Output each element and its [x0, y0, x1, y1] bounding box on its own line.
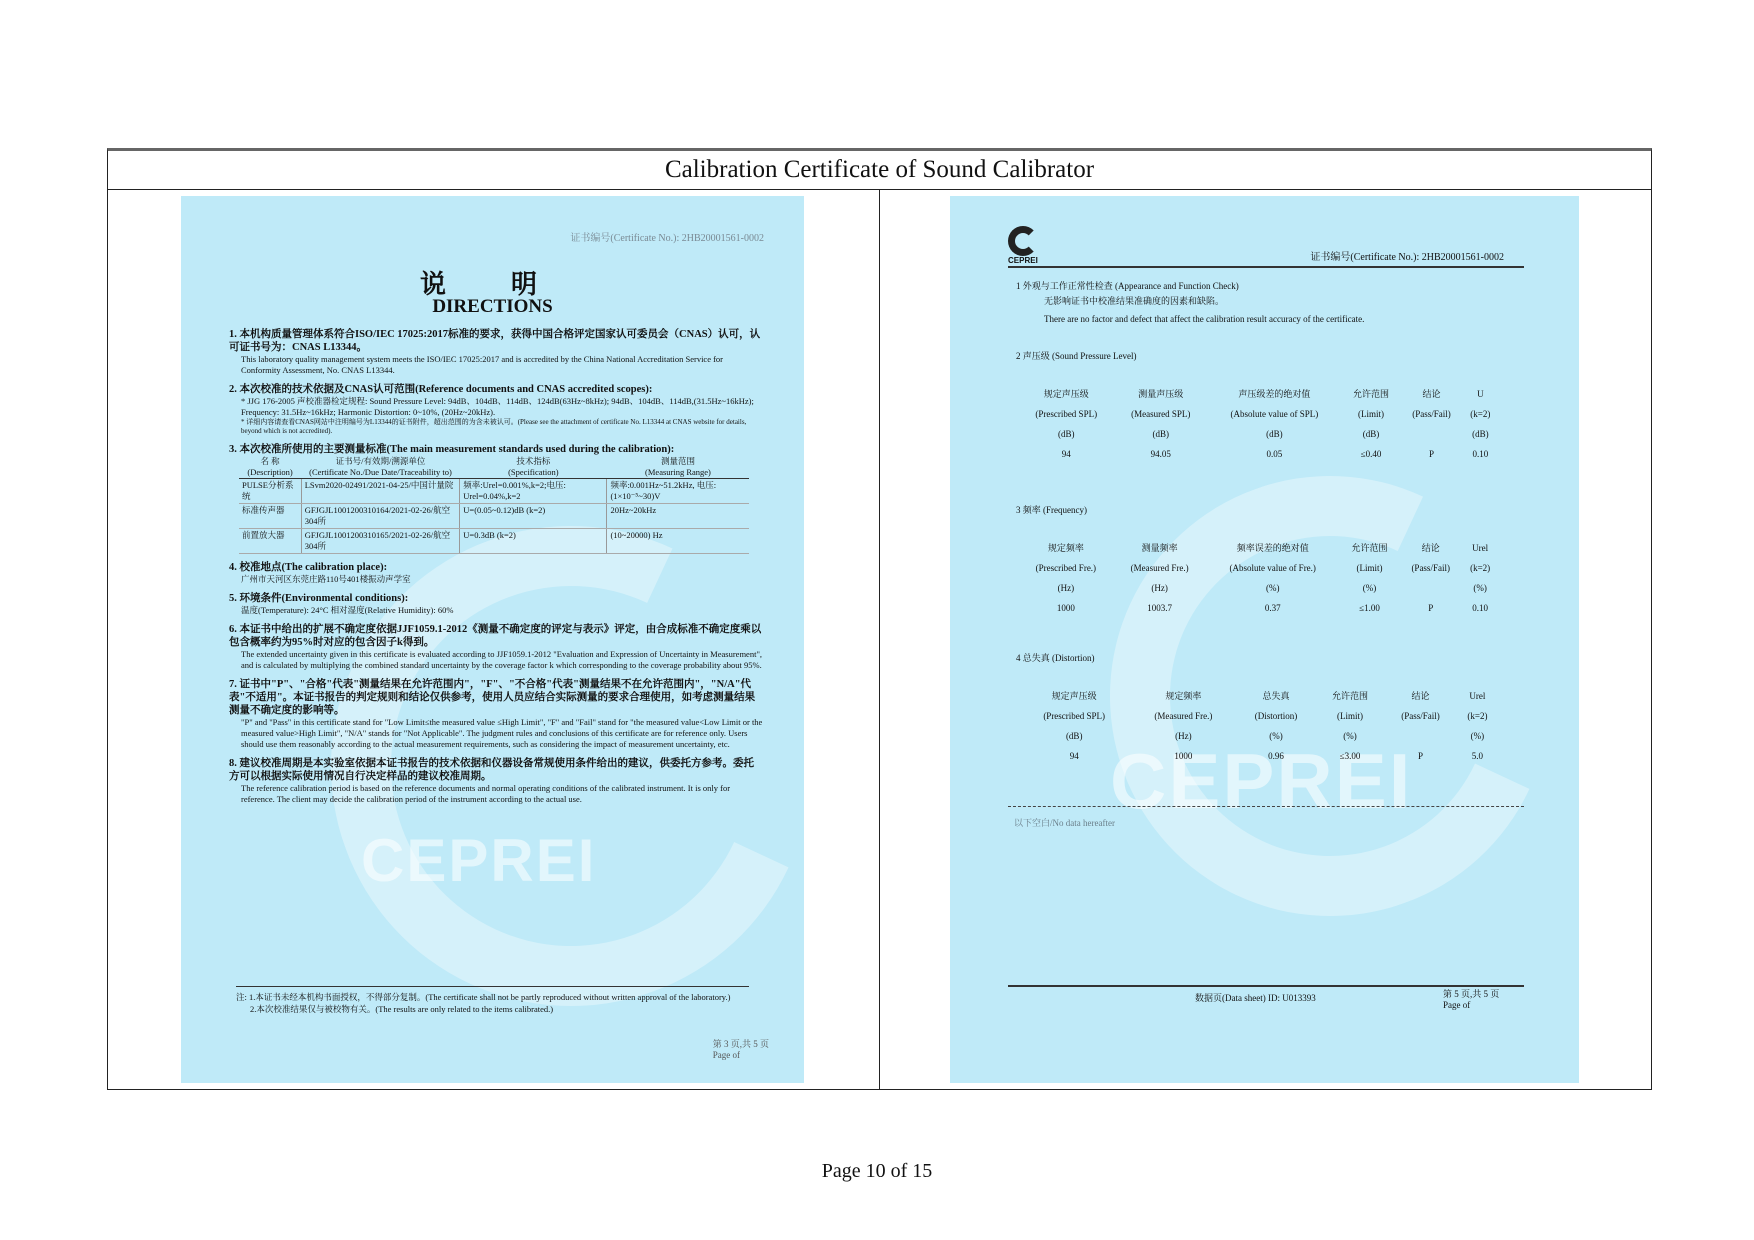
direction-item: 1. 本机构质量管理体系符合ISO/IEC 17025:2017标准的要求，获得… — [229, 328, 764, 376]
no-data-note: 以下空白/No data hereafter — [1014, 816, 1115, 829]
data-sheet-id: 数据页(Data sheet) ID: U013393 — [1195, 991, 1316, 1004]
page-number: 第 3 页,共 5 页 Page of — [713, 1039, 769, 1061]
standards-table: 名 称(Description) 证书号/有效期/溯源单位(Certificat… — [239, 456, 749, 554]
certificate-frame: Calibration Certificate of Sound Calibra… — [107, 148, 1652, 1090]
directions-list: 1. 本机构质量管理体系符合ISO/IEC 17025:2017标准的要求，获得… — [229, 328, 764, 812]
table-row: PULSE分析系统 LSvm2020-02491/2021-04-25/中国计量… — [239, 479, 749, 504]
direction-item: 6. 本证书中给出的扩展不确定度依据JJF1059.1-2012《测量不确定度的… — [229, 623, 764, 671]
watermark-text: CEPREI — [361, 826, 596, 895]
frame-title: Calibration Certificate of Sound Calibra… — [108, 151, 1651, 190]
table-row: 前置放大器 GFJGJL1001200310165/2021-02-26/航空3… — [239, 529, 749, 554]
data-sheet-body: 1 外观与工作正常性检查 (Appearance and Function Ch… — [1016, 280, 1539, 766]
table-row: 9494.050.05≤0.40P0.10 — [1018, 444, 1498, 464]
direction-item: 2. 本次校准的技术依据及CNAS认可范围(Reference document… — [229, 383, 764, 436]
direction-item: 7. 证书中"P"、"合格"代表"测量结果在允许范围内"，"F"、"不合格"代表… — [229, 678, 764, 750]
footer-rule — [1008, 985, 1524, 987]
distortion-table: 规定声压级规定频率总失真允许范围结论Urel (Prescribed SPL)(… — [1018, 686, 1498, 766]
footnotes: 注: 1.本证书未经本机构书面授权，不得部分复制。(The certificat… — [236, 986, 749, 1015]
table-row: 9410000.96≤3.00P5.0 — [1018, 746, 1498, 766]
direction-item: 8. 建议校准周期是本实验室依据本证书报告的技术依据和仪器设备常规使用条件给出的… — [229, 757, 764, 805]
certificate-number: 证书编号(Certificate No.): 2HB20001561-0002 — [1310, 248, 1504, 263]
directions-title-en: DIRECTIONS — [181, 296, 804, 318]
page-number: 第 5 页,共 5 页 Page of — [1443, 989, 1499, 1011]
table-row: 10001003.70.37≤1.00P0.10 — [1018, 598, 1498, 618]
table-row: 标准传声器 GFJGJL1001200310164/2021-02-26/航空3… — [239, 504, 749, 529]
directions-page-scan: CEPREI 证书编号(Certificate No.): 2HB2000156… — [181, 196, 804, 1083]
column-divider — [879, 189, 880, 1089]
data-sheet-page-scan: CEPREI CEPREI 证书编号(Certificate No.): 2HB… — [950, 196, 1579, 1083]
document-page-number: Page 10 of 15 — [0, 1160, 1754, 1183]
spl-table: 规定声压级测量声压级声压级差的绝对值允许范围结论U (Prescribed SP… — [1018, 384, 1498, 464]
certificate-number: 证书编号(Certificate No.): 2HB20001561-0002 — [570, 229, 764, 244]
data-sheet-header: 证书编号(Certificate No.): 2HB20001561-0002 — [1008, 246, 1524, 268]
section-frequency-title: 3 频率 (Frequency) — [1016, 504, 1539, 516]
direction-item: 3. 本次校准所使用的主要测量标准(The main measurement s… — [229, 443, 764, 554]
frequency-table: 规定频率测量频率频率误差的绝对值允许范围结论Urel (Prescribed F… — [1018, 538, 1498, 618]
section-distortion-title: 4 总失真 (Distortion) — [1016, 652, 1539, 664]
direction-item: 5. 环境条件(Environmental conditions): 温度(Te… — [229, 592, 764, 616]
end-of-data-divider — [1008, 806, 1524, 807]
section-appearance-title: 1 外观与工作正常性检查 (Appearance and Function Ch… — [1016, 280, 1539, 292]
section-spl-title: 2 声压级 (Sound Pressure Level) — [1016, 350, 1539, 362]
direction-item: 4. 校准地点(The calibration place): 广州市天河区东莞… — [229, 561, 764, 585]
